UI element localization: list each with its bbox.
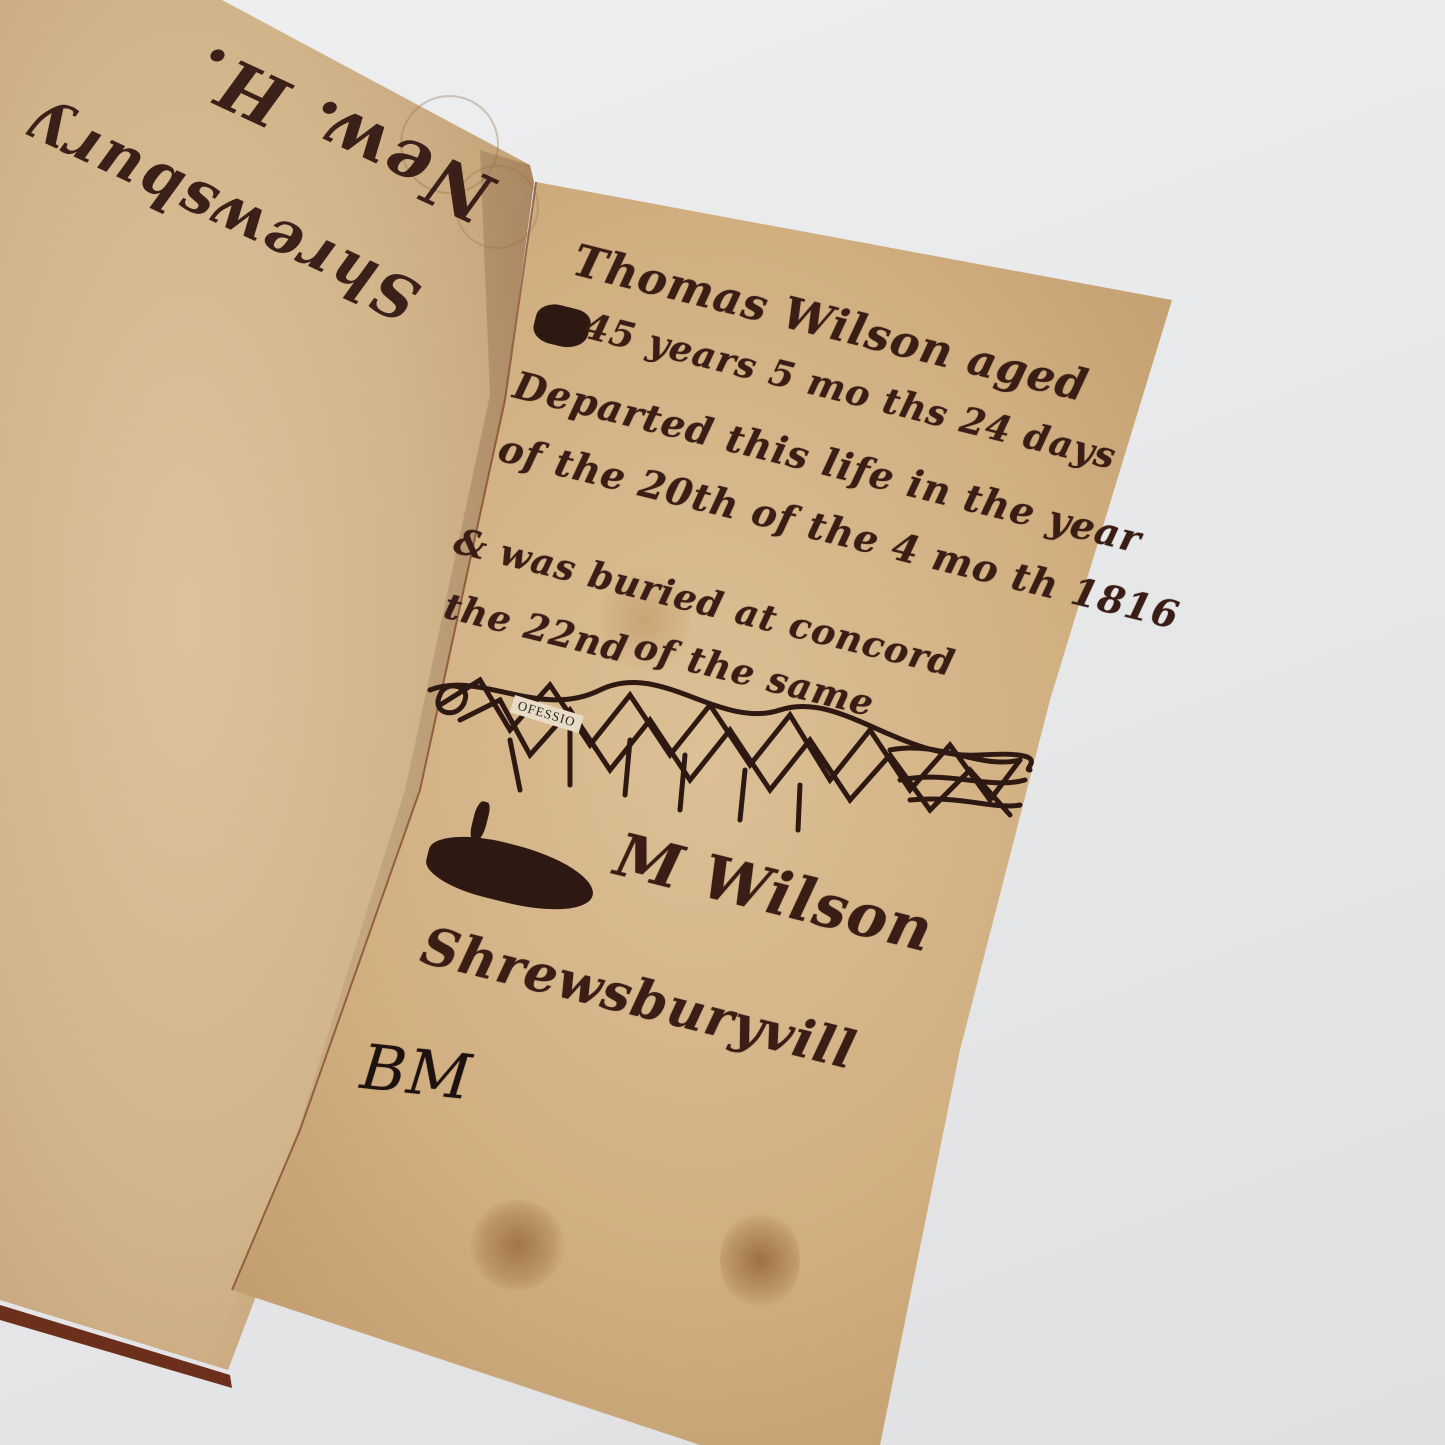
initials: BM [357,1030,475,1114]
book-photo-scene: New. H. Shrewsbury Thomas Wilson aged 45… [0,0,1445,1445]
crossed-out-scribble [420,660,1040,840]
